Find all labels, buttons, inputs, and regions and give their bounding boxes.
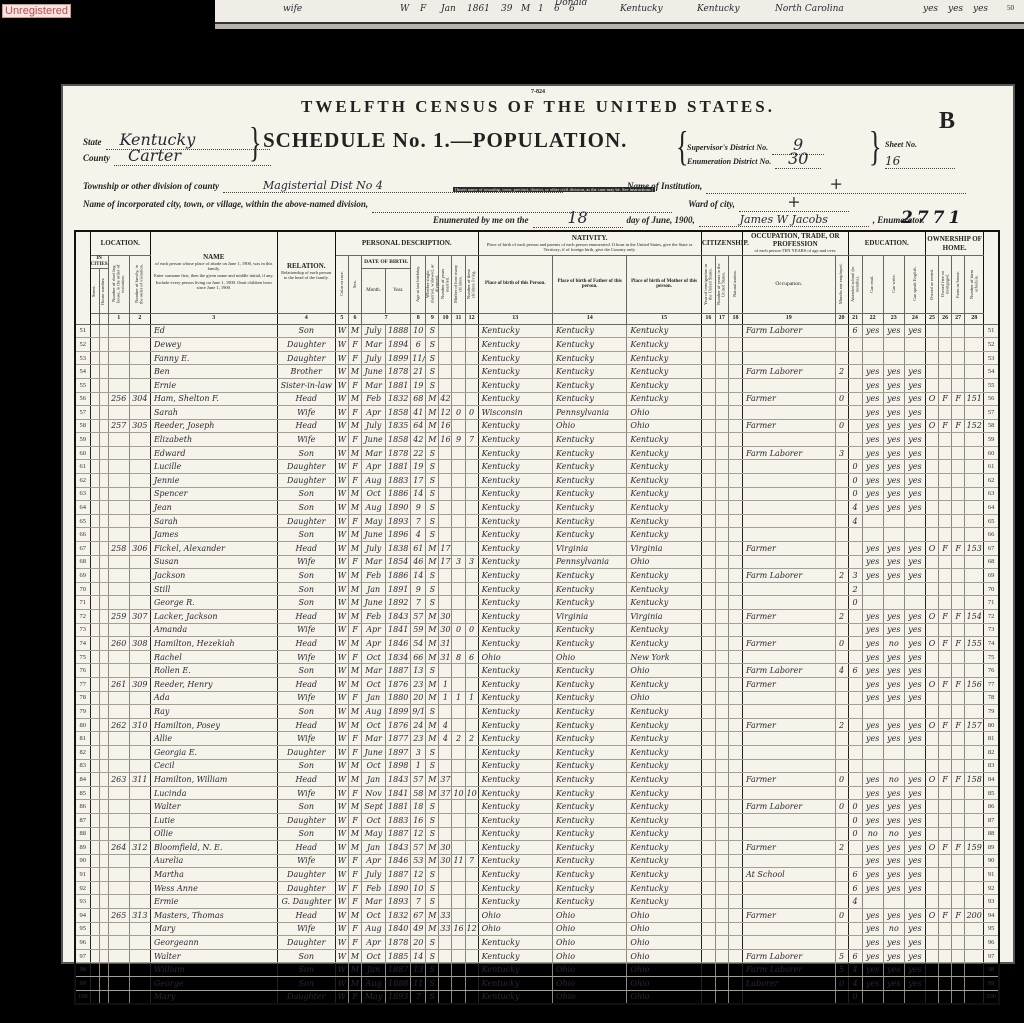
- table-row: 51EdSonWMJuly188810SKentuckyKentuckyKent…: [75, 324, 999, 338]
- census-table: LOCATION. NAME of each person whose plac…: [74, 230, 1000, 1005]
- group-occupation: OCCUPATION, TRADE, OR PROFESSION of each…: [743, 231, 849, 256]
- group-relation: RELATION. Relationship of each person to…: [277, 231, 335, 313]
- left-brace: }: [249, 119, 261, 167]
- table-row: 92Wess AnneDaughterWFFeb189010SKentuckyK…: [75, 881, 999, 895]
- table-row: 87LutieDaughterWFOct188316SKentuckyKentu…: [75, 813, 999, 827]
- table-row: 99GeorgeSonWMAug188811SKentuckyOhioOhioL…: [75, 977, 999, 991]
- table-row: 89264312Bloomfield, N. E.HeadWMJan184357…: [75, 841, 999, 855]
- table-row: 54BenBrotherWMJune187821SKentuckyKentuck…: [75, 365, 999, 379]
- col-sex: Sex.: [348, 256, 361, 314]
- table-row: 79RaySonWMAug18999/12SKentuckyKentuckyKe…: [75, 705, 999, 719]
- sheet-number: Sheet No. 16: [885, 134, 955, 170]
- table-row: 96GeorgeannDaughterWFApr187820SKentuckyO…: [75, 936, 999, 950]
- stamp-number: 2771: [901, 208, 964, 228]
- table-row: 58257305Reeder, JosephHeadWMJuly183564M1…: [75, 419, 999, 433]
- group-ownership: OWNERSHIP OF HOME.: [925, 231, 983, 256]
- col-street: Street.: [90, 268, 99, 313]
- census-scan-viewer: { "watermark": "Unregistered", "previous…: [0, 0, 1024, 1023]
- col-in-cities: IN CITIES.: [90, 256, 108, 269]
- schedule-title: SCHEDULE No. 1.—POPULATION.: [263, 128, 627, 153]
- table-row: 97WalterSonWMOct188514SKentuckyOhioOhioF…: [75, 949, 999, 963]
- col-family: Number of family, in the order of visita…: [129, 256, 150, 314]
- group-citizenship: CITIZENSHIP.: [701, 231, 742, 256]
- col-occupation: Occupation.: [743, 256, 835, 314]
- col-mother-of: Mother of how many children.: [452, 256, 465, 314]
- table-row: 90AureliaWifeWFApr184653M30117KentuckyKe…: [75, 854, 999, 868]
- col-years-married: Number of years married.: [439, 256, 452, 314]
- table-row: 71George R.SonWMJune18927SKentuckyKentuc…: [75, 596, 999, 610]
- col-can-read: Can read.: [862, 256, 883, 314]
- table-row: 70StillSonWMJan18919SKentuckyKentuckyKen…: [75, 582, 999, 596]
- col-color: Color or race.: [335, 256, 348, 314]
- col-months-not-employed: Months not employed.: [835, 256, 848, 314]
- county-line: County Carter: [83, 146, 271, 166]
- enumeration-day: 18: [533, 208, 623, 228]
- census-table-header: LOCATION. NAME of each person whose plac…: [75, 231, 999, 324]
- census-sheet: 7-824 TWELFTH CENSUS OF THE UNITED STATE…: [63, 86, 1013, 962]
- prev-line-number: 50: [1007, 4, 1014, 12]
- group-education: EDUCATION.: [848, 231, 925, 256]
- col-mother-birthplace: Place of birth of Mother of this person.: [627, 256, 701, 314]
- col-can-speak-english: Can speak English.: [904, 256, 925, 314]
- group-personal: PERSONAL DESCRIPTION.: [335, 231, 478, 256]
- col-farm-schedule: Number of farm schedule.: [965, 256, 984, 314]
- table-row: 75RachelWifeWFOct183466M3186OhioOhioNew …: [75, 650, 999, 664]
- table-row: 55ErnieSister-in-lawWFMar188119SKentucky…: [75, 378, 999, 392]
- table-row: 63SpencerSonWMOct188614SKentuckyKentucky…: [75, 487, 999, 501]
- table-row: 57SarahWifeWFApr185841M1200WisconsinPenn…: [75, 406, 999, 420]
- col-age: Age at last birthday.: [411, 256, 426, 314]
- previous-sheet-edge: wife Donald W F Jan 1861 39 M 1 6 6 Kent…: [215, 0, 1024, 24]
- col-marital: Whether single, married, widowed, or div…: [426, 256, 439, 314]
- col-school-months: Attended school (in months).: [848, 256, 862, 314]
- prev-relation: wife: [283, 4, 302, 14]
- table-row: 84263311Hamilton, WilliamHeadWMJan184357…: [75, 773, 999, 787]
- page-title: TWELFTH CENSUS OF THE UNITED STATES.: [63, 97, 1013, 117]
- table-row: 69JacksonSonWMFeb188614SKentuckyKentucky…: [75, 569, 999, 583]
- table-row: 85LucindaWifeWFNov184158M371010KentuckyK…: [75, 786, 999, 800]
- table-row: 100MaryDaughterWFMay18937SKentuckyOhioOh…: [75, 990, 999, 1004]
- county-value: Carter: [114, 146, 271, 166]
- table-row: 95MaryWifeWFAug184049M331612OhioOhioOhio…: [75, 922, 999, 936]
- table-row: 56256304Ham, Shelton F.HeadWMFeb183268M4…: [75, 392, 999, 406]
- table-row: 72259307Lacker, JacksonHeadWMFeb184357M3…: [75, 610, 999, 624]
- table-row: 82Georgia E.DaughterWFJune18973SKentucky…: [75, 745, 999, 759]
- table-row: 86WalterSonWMSept188118SKentuckyKentucky…: [75, 800, 999, 814]
- group-location: LOCATION.: [90, 231, 150, 256]
- enumeration-district-value: 30: [775, 149, 821, 169]
- table-row: 93ErmieG. DaughterWFMar18937SKentuckyKen…: [75, 895, 999, 909]
- table-row: 76Rollen E.SonWMMar188713SKentuckyKentuc…: [75, 664, 999, 678]
- table-row: 91MarthaDaughterWFJuly188712SKentuckyKen…: [75, 868, 999, 882]
- table-row: 80262310Hamilton, PoseyHeadWMOct187624M4…: [75, 718, 999, 732]
- column-number-row: 1 2 3 4 5 6 7 8 9 10 11 12 13 14 15 16 1…: [75, 313, 999, 324]
- table-row: 53Fanny E.DaughterWFJuly189911/12SKentuc…: [75, 351, 999, 365]
- unregistered-watermark: Unregistered: [2, 4, 71, 18]
- table-row: 77261309Reeder, HenryHeadWMOct187623M1Ke…: [75, 677, 999, 691]
- enumeration-district-line: Enumeration District No. 30: [687, 149, 821, 169]
- sheet-side-letter: B: [939, 108, 955, 135]
- col-birth-year: Year.: [386, 268, 411, 313]
- col-immigration-year: Year of immigration to the United States…: [701, 256, 715, 314]
- census-rows: 51EdSonWMJuly188810SKentuckyKentuckyKent…: [75, 324, 999, 1004]
- table-row: 64JeanSonWMAug18909SKentuckyKentuckyKent…: [75, 501, 999, 515]
- col-father-birthplace: Place of birth of Father of this person.: [553, 256, 627, 314]
- col-farm-house: Farm or house.: [952, 256, 965, 314]
- sheet-number-value: 16: [885, 154, 955, 169]
- table-row: 66JamesSonWMJune18964SKentuckyKentuckyKe…: [75, 528, 999, 542]
- col-years-in-us: Number of years in the United States.: [715, 256, 728, 314]
- form-number: 7-824: [63, 89, 1013, 95]
- col-dwelling: Number of dwelling house, in the order o…: [108, 256, 129, 314]
- table-row: 94265313Masters, ThomasHeadWMOct183267M3…: [75, 909, 999, 923]
- institution-value: +: [706, 174, 966, 194]
- enumerated-line: Enumerated by me on the 18 day of June, …: [433, 208, 925, 228]
- table-row: 62JennieDaughterWFAug188317SKentuckyKent…: [75, 474, 999, 488]
- table-row: 81AllieWifeWFMar187723M422KentuckyKentuc…: [75, 732, 999, 746]
- col-free-mortgaged: Owned free or mortgaged.: [939, 256, 952, 314]
- enumerator-name: James W Jacobs: [699, 213, 869, 227]
- table-row: 61LucilleDaughterWFApr188119SKentuckyKen…: [75, 460, 999, 474]
- col-can-write: Can write.: [883, 256, 904, 314]
- table-row: 88OllieSonWMMay188712SKentuckyKentuckyKe…: [75, 827, 999, 841]
- table-row: 60EdwardSonWMMar187822SKentuckyKentuckyK…: [75, 446, 999, 460]
- col-birthplace: Place of birth of this Person.: [478, 256, 552, 314]
- table-row: 67258306Fickel, AlexanderHeadWMJuly18386…: [75, 542, 999, 556]
- col-home-owned: Owned or rented.: [925, 256, 938, 314]
- table-row: 65SarahDaughterWFMay18937SKentuckyKentuc…: [75, 514, 999, 528]
- col-naturalization: Naturalization.: [728, 256, 742, 314]
- table-row: 78AdaWifeWFJan188020M111KentuckyKentucky…: [75, 691, 999, 705]
- col-children-living: Number of these children living.: [465, 256, 478, 314]
- table-row: 74260308Hamilton, HezekiahHeadWMApr18465…: [75, 637, 999, 651]
- table-row: 83CecilSonWMOct18981SKentuckyKentuckyKen…: [75, 759, 999, 773]
- group-name: NAME of each person whose place of abode…: [150, 231, 277, 313]
- table-row: 59ElizabethWifeWFJune185842M1697Kentucky…: [75, 433, 999, 447]
- col-house-number: House number.: [99, 268, 108, 313]
- table-row: 73AmandaWifeWFApr184159M3000KentuckyKent…: [75, 623, 999, 637]
- table-row: 52DeweyDaughterWFMar18946SKentuckyKentuc…: [75, 338, 999, 352]
- group-nativity: NATIVITY. Place of birth of each person …: [478, 231, 701, 256]
- col-birth-month: Month.: [362, 268, 386, 313]
- table-row: 98WilliamSonWMJan188713SKentuckyOhioOhio…: [75, 963, 999, 977]
- table-row: 68SusanWifeWFMar185446M1733KentuckyPenns…: [75, 555, 999, 569]
- col-date-of-birth: DATE OF BIRTH.: [362, 256, 411, 269]
